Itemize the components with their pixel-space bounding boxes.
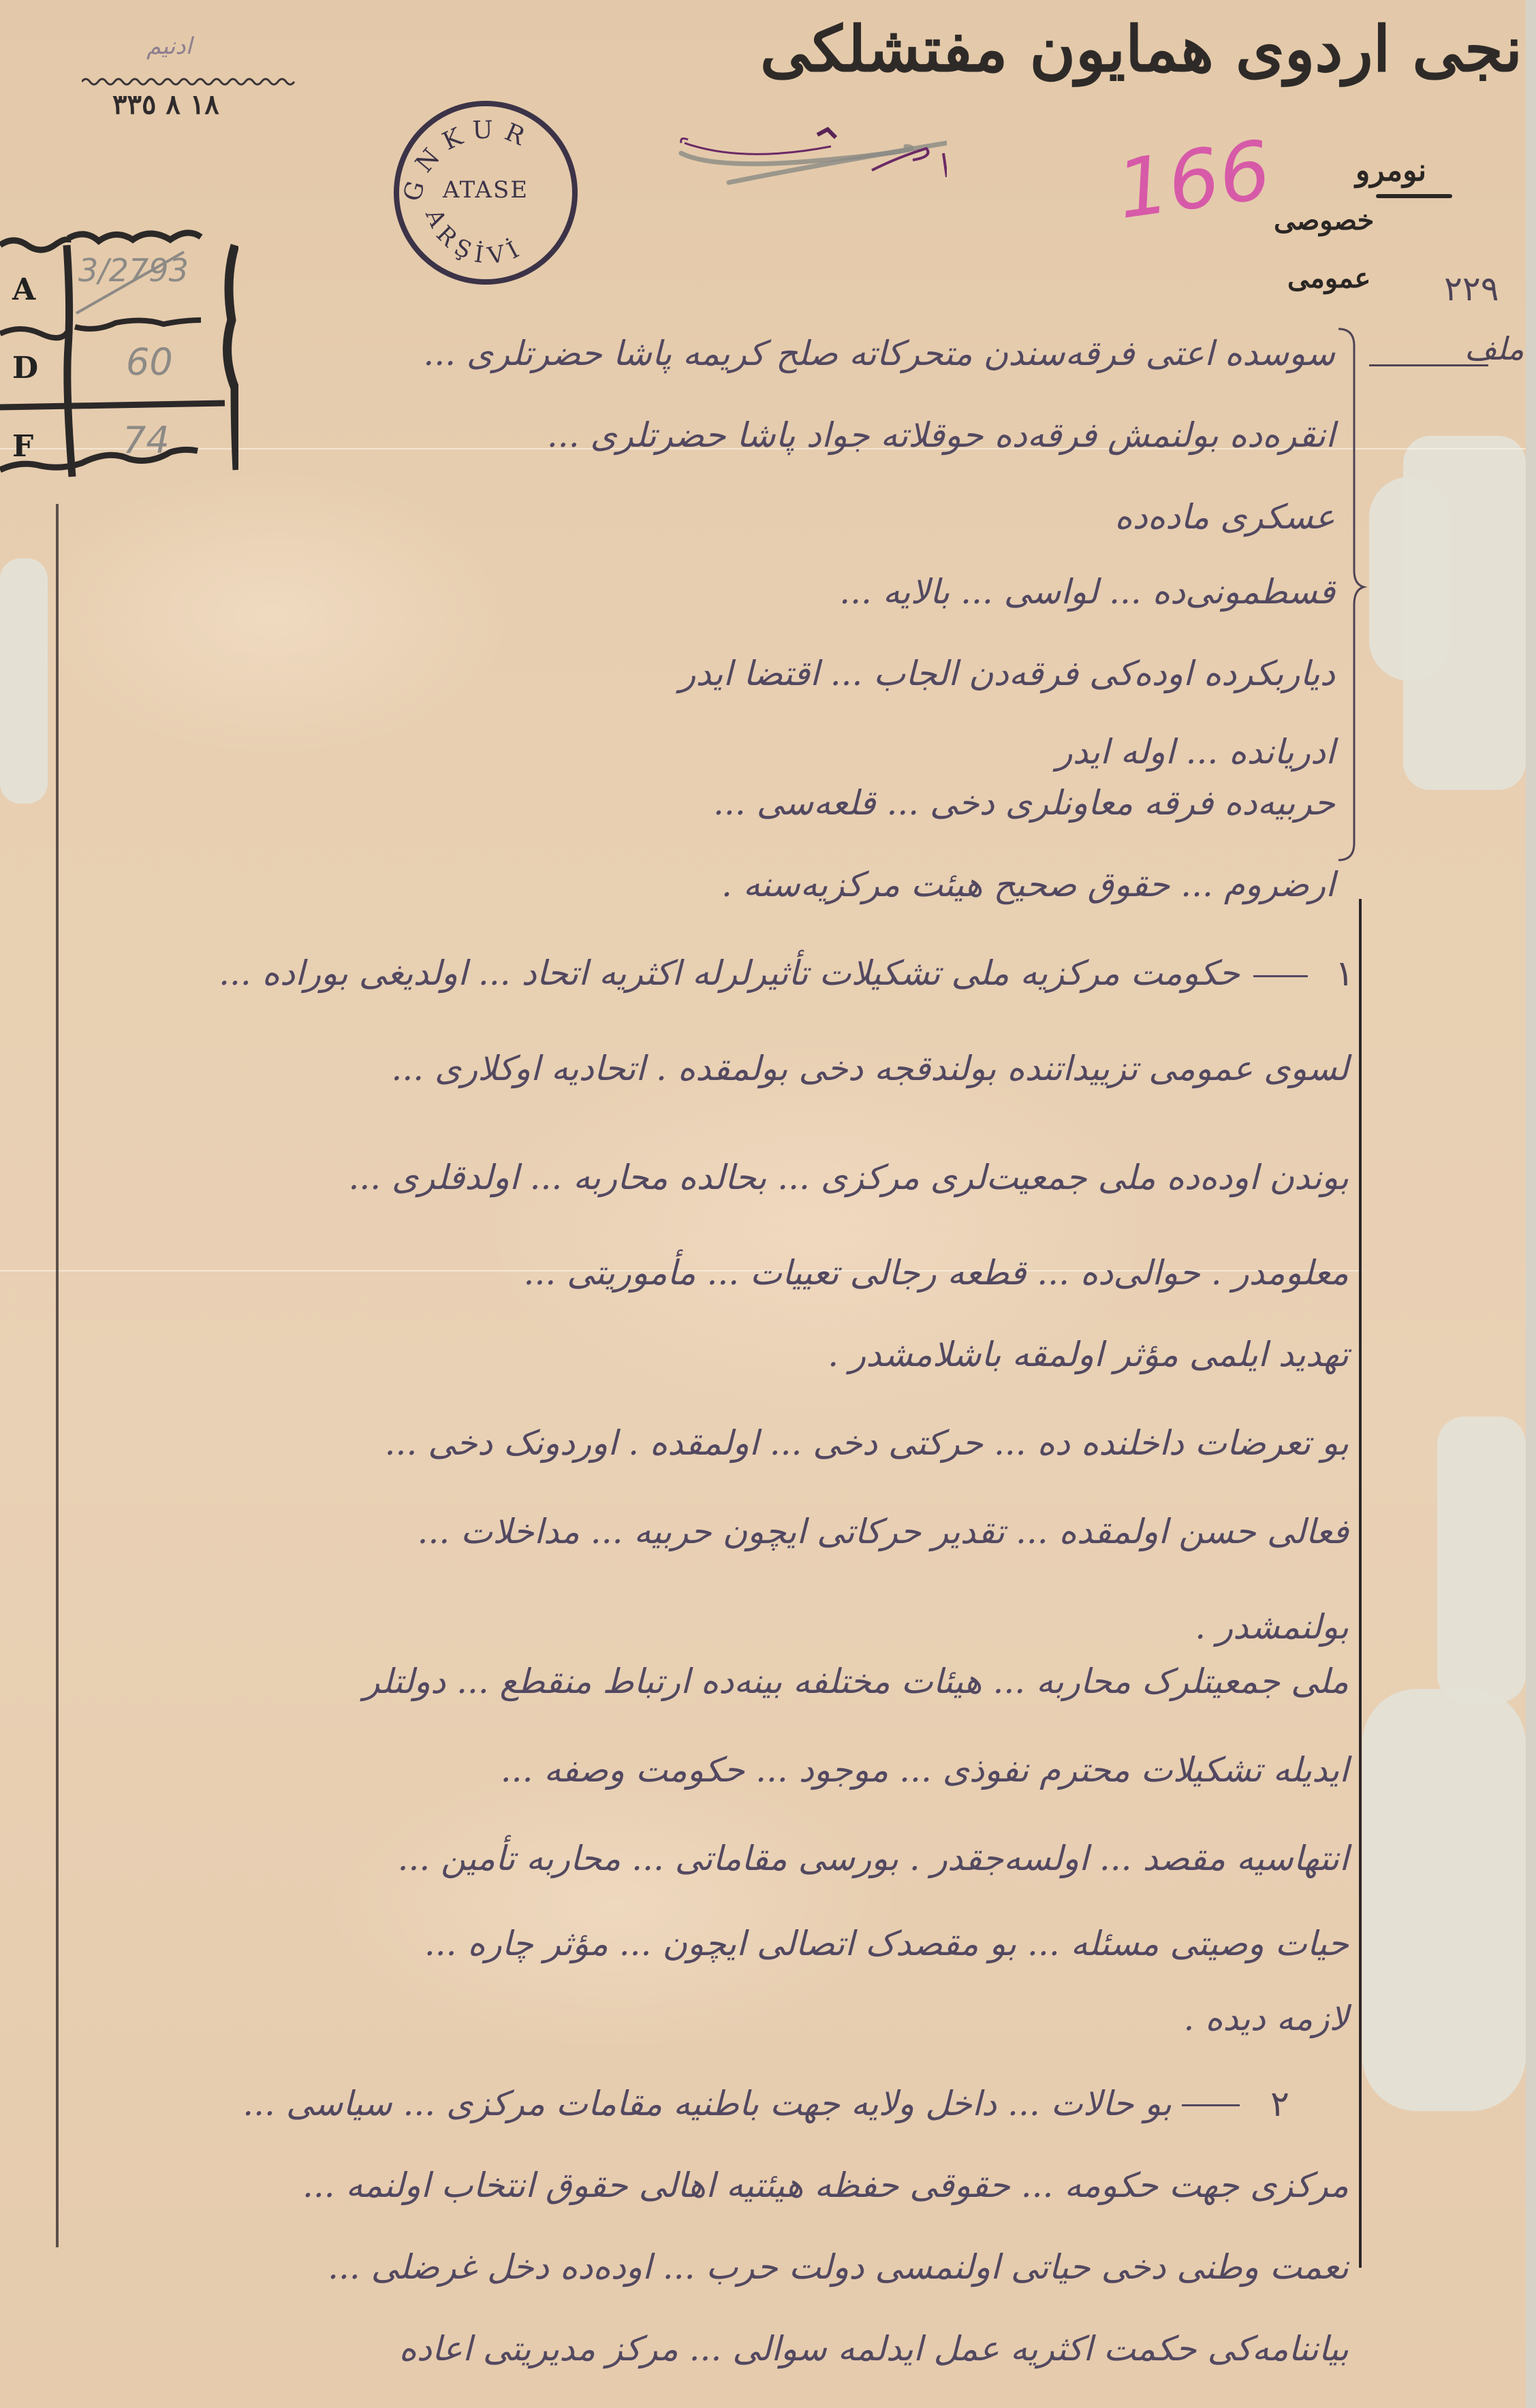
stamp-center-text: ATASE [399, 176, 572, 204]
summary-line: ادریانده ... اوله ایدر [1056, 732, 1335, 772]
numara-label: نومرو [1355, 153, 1426, 188]
hususi-label: خصوصی [1274, 204, 1374, 236]
margin-note: ملف [1464, 330, 1524, 367]
wavy-underline [82, 75, 313, 89]
body-line: تهدید ایلمی مؤثر اولمقه باشلامشدر . [828, 1335, 1349, 1374]
box-label-f: F [12, 429, 33, 464]
paragraph-1-dash [1253, 975, 1308, 977]
body-line: بو تعرضات داخلنده ده ... حرکتی دخی ... ا… [385, 1423, 1349, 1463]
letterhead-title: نجی اردوی همایون مفتشلکی [760, 12, 1522, 86]
body-line: معلومدر . حوالی‌ده ... قطعه رجالی تعییات… [524, 1253, 1349, 1293]
umumi-label: عمومی [1287, 262, 1370, 294]
paragraph-2-dash [1182, 2104, 1240, 2106]
summary-line: انقره‌ده بولنمش فرقه‌ده حوقلاته جواد پاش… [547, 415, 1335, 455]
left-margin-line [56, 504, 59, 2247]
summary-line: حربیه‌ده فرقه معاونلری دخی ... قلعه‌سی .… [713, 783, 1335, 823]
right-margin-line [1359, 899, 1362, 2268]
margin-note-rule [1369, 364, 1488, 366]
body-line: مرکزی جهت حکومه ... حقوقی حفظه هیئتیه اه… [302, 2166, 1349, 2205]
body-line: بو حالات ... داخل ولایه جهت باطنیه مقاما… [242, 2084, 1172, 2123]
box-value-a: 3/2793 [78, 252, 189, 289]
body-line: لازمه دیده . [1183, 1999, 1349, 2038]
body-line: ملی جمعیتلرک محاربه ... هیئات مختلفه بین… [363, 1662, 1349, 1701]
box-label-d: D [12, 351, 38, 385]
box-value-f: 74 [123, 419, 170, 462]
body-line: بیاننامه‌کی حکمت اکثریه عمل ایدلمه سوالی… [399, 2329, 1349, 2369]
body-line: انتهاسیه مقصد ... اولسه‌جقدر . بورسی مقا… [398, 1839, 1349, 1878]
signature-scribble [674, 123, 947, 197]
restoration-patch [1369, 477, 1451, 681]
box-value-d: 60 [126, 340, 173, 383]
stamp-bottom-text: ARŞİVİ [420, 204, 529, 270]
restoration-patch [1362, 1689, 1526, 2111]
numara-underline [1376, 194, 1452, 198]
restoration-patch [1437, 1416, 1526, 1702]
body-line: فعالی حسن اولمقده ... تقدیر حرکاتی ایچون… [418, 1512, 1349, 1551]
body-line: نعمت وطنی دخی حیاتی اولنمسی دولت حرب ...… [328, 2247, 1349, 2287]
body-line: بوندن اوده‌ده ملی جمعیت‌لری مرکزی ... بح… [348, 1158, 1349, 1197]
summary-line: ارضروم ... حقوق صحیح هیئت مرکزیه‌سنه . [721, 865, 1335, 904]
body-line: ایدیله تشکیلات محترم نفوذی ... موجود ...… [501, 1750, 1349, 1790]
date-line: ١٨ ٨ ٣٣٥ [112, 89, 219, 121]
paper-edge [1526, 0, 1536, 2408]
archive-stamp: GNKUR ARŞİVİ ATASE [394, 101, 578, 285]
body-line: حکومت مرکزیه ملی تشکیلات تأثیرلرله اکثری… [219, 953, 1240, 993]
summary-brace [1335, 326, 1369, 864]
summary-line: دیاربکرده اوده‌کی فرقه‌دن الجاب ... اقتض… [679, 654, 1335, 693]
body-line: بولنمشدر . [1195, 1607, 1349, 1647]
body-line: حیات وصیتی مسئله ... بو مقصدک اتصالی ایچ… [424, 1924, 1349, 1963]
restoration-patch [0, 558, 48, 804]
box-label-a: A [12, 272, 35, 307]
date-note-top: ادنیم [146, 33, 192, 60]
paragraph-2-number: ٢ [1270, 2084, 1289, 2125]
reference-number: ٢٢٩ [1444, 269, 1499, 308]
summary-line: عسکری ماده‌ده [1114, 497, 1335, 537]
archive-classification-box: A D F 3/2793 60 74 [0, 225, 238, 484]
summary-line: قسطمونی‌ده ... لواسی ... بالایه ... [839, 572, 1335, 612]
svg-text:ARŞİVİ: ARŞİVİ [420, 204, 529, 270]
paragraph-1-number: ١ [1335, 953, 1354, 994]
body-line: لسوی عمومی تزییداتنده بولندقجه دخی بولمق… [391, 1049, 1349, 1088]
summary-line: سوسده اعتی فرقه‌سندن متحرکاته صلح کریمه … [423, 334, 1335, 373]
